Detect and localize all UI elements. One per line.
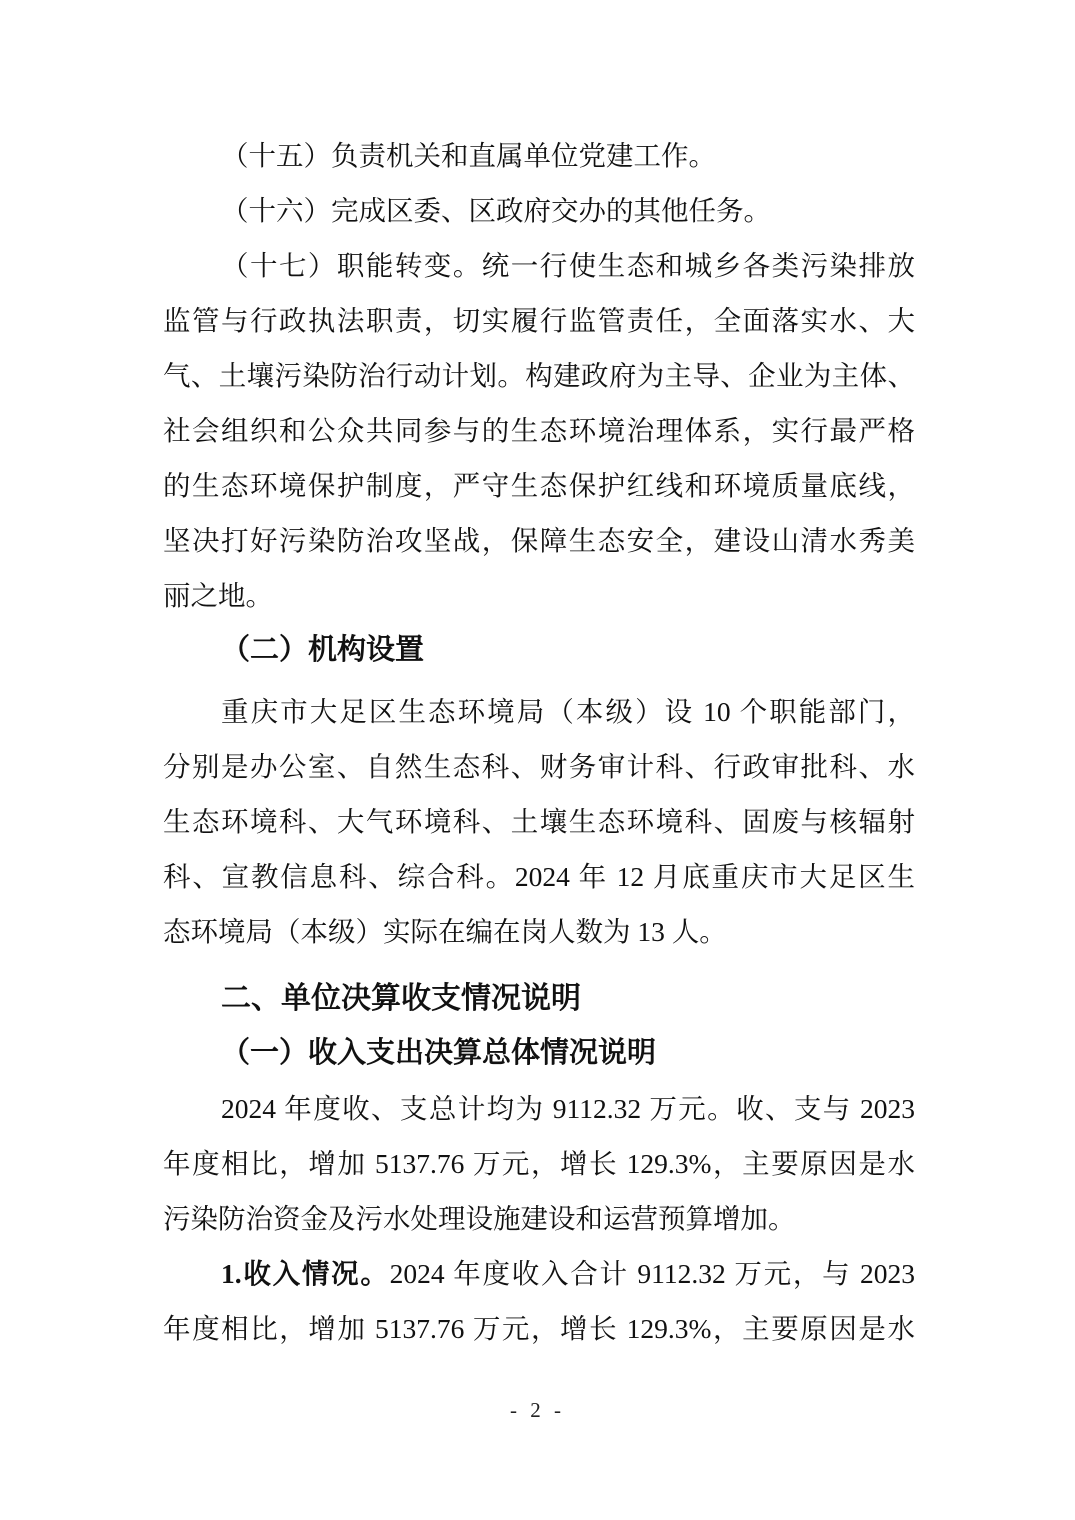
section-heading: （一）收入支出决算总体情况说明 [163, 1026, 915, 1081]
paragraph-line: （十六）完成区委、区政府交办的其他任务。 [163, 183, 915, 238]
paragraph-line: 生态环境科、大气环境科、土壤生态环境科、固废与核辐射 [163, 794, 915, 849]
document-page: （十五）负责机关和直属单位党建工作。 （十六）完成区委、区政府交办的其他任务。 … [0, 0, 1075, 1520]
paragraph-line: 1.收入情况。2024 年度收入合计 9112.32 万元，与 2023 [163, 1246, 915, 1301]
section-heading: （二）机构设置 [163, 623, 915, 678]
paragraph-line: 科、宣教信息科、综合科。2024 年 12 月底重庆市大足区生 [163, 849, 915, 904]
line-text: 2024 年度收入合计 9112.32 万元，与 2023 [390, 1258, 915, 1289]
page-number: - 2 - [0, 1398, 1075, 1423]
paragraph-line: 2024 年度收、支总计均为 9112.32 万元。收、支与 2023 [163, 1081, 915, 1136]
chapter-heading: 二、单位决算收支情况说明 [163, 971, 915, 1026]
document-body: （十五）负责机关和直属单位党建工作。 （十六）完成区委、区政府交办的其他任务。 … [163, 128, 915, 1356]
paragraph-line: 气、土壤污染防治行动计划。构建政府为主导、企业为主体、 [163, 348, 915, 403]
bold-lead: 1.收入情况。 [221, 1258, 390, 1289]
paragraph-line: 态环境局（本级）实际在编在岗人数为 13 人。 [163, 904, 915, 959]
paragraph-line: 分别是办公室、自然生态科、财务审计科、行政审批科、水 [163, 739, 915, 794]
paragraph-line: 污染防治资金及污水处理设施建设和运营预算增加。 [163, 1191, 915, 1246]
paragraph-line: 年度相比，增加 5137.76 万元，增长 129.3%，主要原因是水 [163, 1136, 915, 1191]
paragraph-line: 丽之地。 [163, 568, 915, 623]
paragraph-line: （十五）负责机关和直属单位党建工作。 [163, 128, 915, 183]
paragraph-line: （十七）职能转变。统一行使生态和城乡各类污染排放 [163, 238, 915, 293]
paragraph-line: 社会组织和公众共同参与的生态环境治理体系，实行最严格 [163, 403, 915, 458]
paragraph-line: 监管与行政执法职责，切实履行监管责任，全面落实水、大 [163, 293, 915, 348]
paragraph-line: 的生态环境保护制度，严守生态保护红线和环境质量底线， [163, 458, 915, 513]
paragraph-line: 坚决打好污染防治攻坚战，保障生态安全，建设山清水秀美 [163, 513, 915, 568]
paragraph-line: 年度相比，增加 5137.76 万元，增长 129.3%，主要原因是水 [163, 1301, 915, 1356]
paragraph-line: 重庆市大足区生态环境局（本级）设 10 个职能部门， [163, 684, 915, 739]
